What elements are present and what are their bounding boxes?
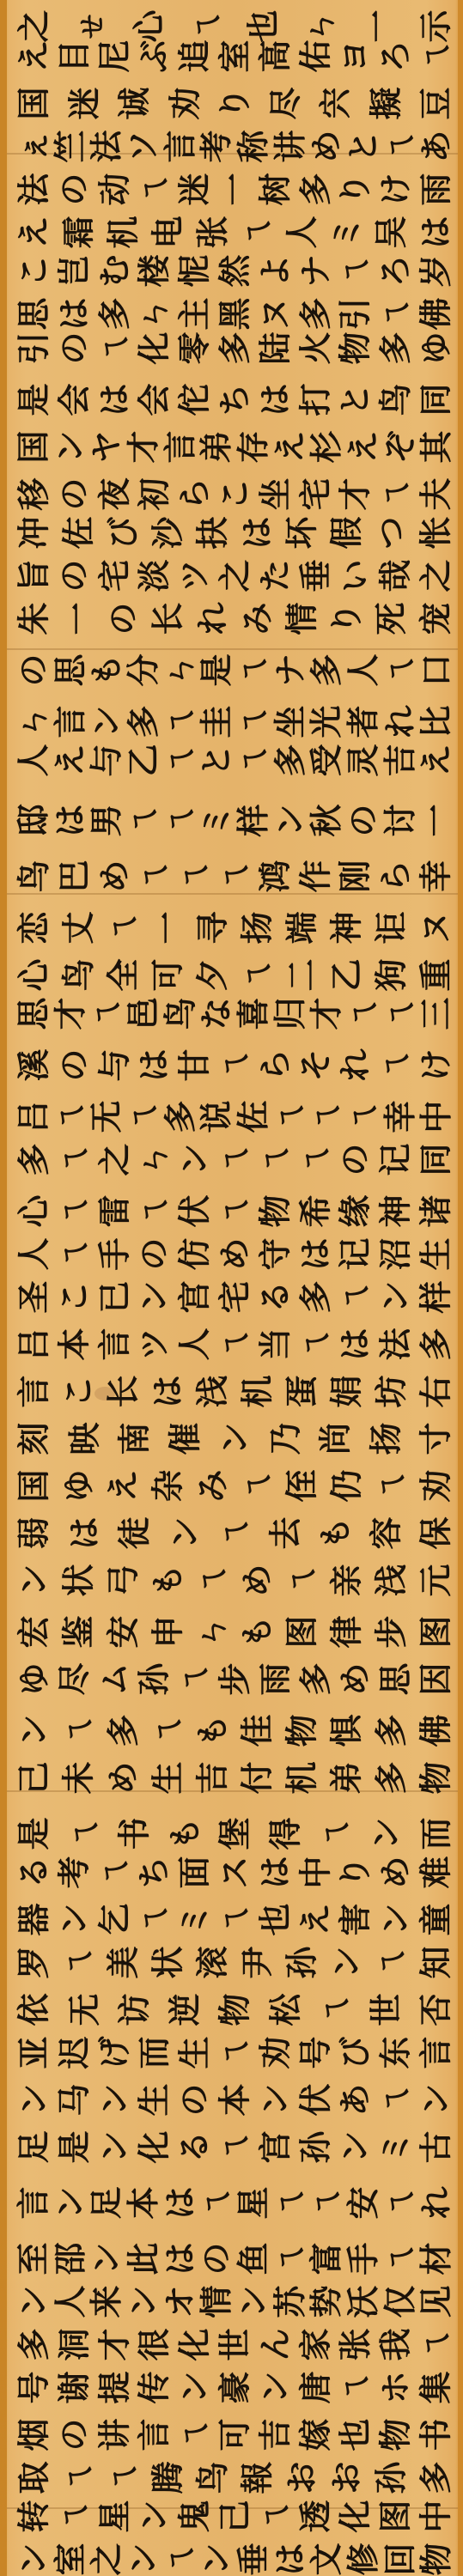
calligraphy-glyph: は — [231, 513, 278, 551]
calligraphy-glyph: 端 — [276, 908, 323, 946]
calligraphy-glyph: 岁 — [409, 252, 456, 289]
calligraphy-glyph: 罗 — [8, 1943, 55, 1981]
calligraphy-glyph: お — [276, 2458, 323, 2496]
calligraphy-column: る考ㄟち面スは中りめ难 — [12, 1850, 452, 1893]
calligraphy-glyph: ン — [8, 1561, 55, 1599]
scroll-border-right — [458, 0, 463, 2576]
calligraphy-glyph: 弱 — [8, 1514, 55, 1552]
calligraphy-glyph: 怅 — [410, 513, 457, 551]
calligraphy-column: 是ㄟ书も堡得ㄟン而 — [12, 1812, 452, 1855]
calligraphy-column: ぇ竺法ソ言考称讲めとㄟあ — [12, 125, 452, 167]
calligraphy-column: 转ㄟ星ン鬼己ㄟ透化图中 — [12, 2494, 452, 2537]
calligraphy-glyph: 机 — [231, 1372, 278, 1410]
calligraphy-glyph: 付 — [231, 1759, 278, 1796]
calligraphy-glyph: ㄟ — [409, 37, 456, 75]
calligraphy-glyph: ㄟ — [231, 213, 278, 251]
calligraphy-column: 至邵ン此はの鱼ㄟ富手ㄟ材 — [12, 2237, 452, 2280]
calligraphy-glyph: 情 — [276, 599, 323, 637]
calligraphy-glyph: 讵 — [365, 908, 412, 946]
calligraphy-glyph: 鸟 — [52, 956, 100, 993]
calligraphy-glyph: 佛 — [410, 1711, 457, 1749]
calligraphy-glyph: 蛋 — [276, 1372, 323, 1410]
calligraphy-glyph: 得 — [259, 1814, 306, 1852]
calligraphy-column: 心ㄟ雷ㄟ伏ㄟ物希缘神诸 — [12, 1189, 452, 1232]
calligraphy-glyph: 幸 — [409, 857, 456, 895]
calligraphy-glyph: ン — [359, 1814, 406, 1852]
calligraphy-glyph: 一 — [52, 599, 100, 637]
calligraphy-column: 引のㄟ化零多陆火物多ゆ — [12, 326, 452, 369]
calligraphy-column: 邸は男ㄟㄟミ样ン秋の讨一 — [12, 799, 452, 841]
calligraphy-glyph: 沙 — [142, 513, 189, 551]
calligraphy-column: え霜机电张ㄟ人ミ吴は — [12, 210, 452, 253]
calligraphy-glyph: り — [209, 84, 256, 122]
calligraphy-column: え目尼ぶ追室高佑ヨろㄟ — [12, 34, 452, 77]
calligraphy-glyph: 夕 — [186, 956, 234, 993]
calligraphy-glyph: 宍 — [309, 84, 356, 122]
calligraphy-glyph: 见 — [410, 2283, 457, 2320]
calligraphy-glyph: 其 — [410, 428, 457, 465]
calligraphy-glyph: 是 — [8, 1814, 55, 1852]
calligraphy-column: 人ㄟ手の仿め守は记沼生 — [12, 1232, 452, 1275]
calligraphy-glyph: 豆 — [410, 84, 457, 122]
calligraphy-column: 人え与乙ㄟとㄟ多受灵吉え — [12, 738, 452, 781]
calligraphy-column: 溪の与は甘ㄟらそれㄟけ — [12, 1043, 452, 1086]
calligraphy-column: ン状弓もㄟめㄟ亲浅元 — [12, 1558, 452, 1601]
calligraphy-column: 多洞才很化世ん家张我ㄟ — [12, 2323, 452, 2366]
calligraphy-glyph: ゆ — [409, 329, 456, 367]
calligraphy-glyph: 乃 — [259, 1419, 306, 1457]
calligraphy-glyph: 冲 — [8, 513, 55, 551]
calligraphy-glyph: 迷 — [58, 84, 105, 122]
calligraphy-glyph: 诸 — [409, 1192, 456, 1230]
calligraphy-glyph: え — [97, 1467, 144, 1504]
calligraphy-glyph: 一 — [410, 802, 457, 839]
calligraphy-column: 弱は徒ンㄟ去も容保 — [12, 1511, 452, 1554]
calligraphy-glyph: ヌ — [410, 908, 457, 946]
calligraphy-glyph: お — [320, 2458, 368, 2496]
calligraphy-glyph: 难 — [409, 1853, 456, 1891]
calligraphy-glyph: は — [58, 1514, 105, 1552]
calligraphy-glyph: れ — [186, 599, 234, 637]
calligraphy-glyph: 仍 — [320, 1467, 368, 1504]
calligraphy-glyph: 侄 — [276, 1467, 323, 1504]
calligraphy-glyph: 坏 — [276, 513, 323, 551]
calligraphy-glyph: 美 — [97, 1943, 144, 1981]
calligraphy-glyph: ㄟ — [97, 908, 144, 946]
calligraphy-column: 取ㄟㄟ腾鸟報おお孙多 — [12, 2456, 452, 2499]
calligraphy-glyph: 報 — [231, 2458, 278, 2496]
calligraphy-glyph: 中 — [409, 2497, 456, 2535]
calligraphy-glyph: 弓 — [97, 1561, 144, 1599]
calligraphy-column: 号谢提传ン豪ン唐ㄟホ集 — [12, 2366, 452, 2409]
calligraphy-glyph: ㄟ — [52, 2458, 100, 2496]
calligraphy-glyph: 扬 — [359, 1419, 406, 1457]
calligraphy-glyph: 物 — [410, 2541, 457, 2576]
calligraphy-column: 言ン足本はㄟ星ㄟㄟ安ㄟれ — [12, 2181, 452, 2224]
calligraphy-glyph: 映 — [58, 1419, 105, 1457]
calligraphy-glyph: 容 — [359, 1514, 406, 1552]
calligraphy-glyph: 因 — [409, 1660, 456, 1698]
calligraphy-glyph: 右 — [410, 1372, 457, 1410]
calligraphy-glyph: 国 — [8, 84, 55, 122]
calligraphy-glyph: ン — [209, 1419, 256, 1457]
calligraphy-glyph: 松 — [259, 1990, 306, 2028]
calligraphy-glyph: 长 — [97, 1372, 144, 1410]
calligraphy-glyph: ン — [158, 1514, 205, 1552]
calligraphy-glyph: 电 — [142, 213, 189, 251]
scroll-border-left — [0, 0, 7, 2576]
calligraphy-glyph: 张 — [186, 213, 234, 251]
calligraphy-glyph: 孙 — [276, 1943, 323, 1981]
calligraphy-column: 己未め生吉付机弟多物 — [12, 1756, 452, 1799]
calligraphy-glyph: び — [97, 513, 144, 551]
calligraphy-glyph: 弟 — [320, 1759, 368, 1796]
calligraphy-glyph: 状 — [142, 1943, 189, 1981]
calligraphy-glyph: 书 — [409, 2415, 456, 2453]
calligraphy-column: 吕本言ツ人ㄟ当ㄟは法多 — [12, 1322, 452, 1365]
calligraphy-column: 宏鉴安申ㄣも图律步图 — [12, 1610, 452, 1653]
calligraphy-column: 是会は会佗ちは打と鸟同 — [12, 378, 452, 421]
calligraphy-glyph: 二 — [276, 956, 323, 993]
calligraphy-glyph: 同 — [409, 380, 456, 418]
calligraphy-glyph: 样 — [409, 1278, 456, 1315]
calligraphy-glyph: 亲 — [320, 1561, 368, 1599]
calligraphy-glyph: も — [142, 1561, 189, 1599]
calligraphy-glyph: 否 — [410, 1990, 457, 2028]
calligraphy-column: 刻映南催ン乃尚扬寸 — [12, 1417, 452, 1460]
calligraphy-glyph: 催 — [158, 1419, 205, 1457]
calligraphy-glyph: ㄟ — [142, 1711, 189, 1749]
calligraphy-glyph: 乙 — [320, 956, 368, 993]
calligraphy-column: 朱一の长れみ情り死宠 — [12, 597, 452, 640]
calligraphy-column: 旨の宅淡ツ之た垂い哉之 — [12, 554, 452, 597]
calligraphy-glyph: 言 — [409, 2033, 456, 2071]
calligraphy-column: ン室之ンㄟン垂は文修回物 — [12, 2537, 452, 2576]
calligraphy-glyph: 知 — [410, 1943, 457, 1981]
calligraphy-glyph: 尹 — [231, 1943, 278, 1981]
calligraphy-glyph: 去 — [259, 1514, 306, 1552]
calligraphy-glyph: 世 — [359, 1990, 406, 2028]
calligraphy-column: 恋丈ㄟ一寻扬端神讵ヌ — [12, 906, 452, 949]
calligraphy-column: ㄣ言ン多ㄟ圭ㄟ坐光者れ比 — [12, 700, 452, 743]
calligraphy-glyph: 多 — [365, 1711, 412, 1749]
calligraphy-glyph: 狗 — [365, 956, 412, 993]
calligraphy-glyph: ㄟ — [231, 1467, 278, 1504]
calligraphy-glyph: 童 — [409, 1900, 456, 1938]
calligraphy-glyph: 劝 — [410, 1467, 457, 1504]
calligraphy-glyph: 堡 — [209, 1814, 256, 1852]
calligraphy-glyph: 死 — [365, 599, 412, 637]
calligraphy-glyph: ㄟ — [365, 1467, 412, 1504]
calligraphy-glyph: ン — [320, 1943, 368, 1981]
calligraphy-glyph: け — [409, 1046, 456, 1084]
calligraphy-glyph: ㄣ — [186, 1613, 234, 1650]
calligraphy-glyph: 机 — [276, 1759, 323, 1796]
calligraphy-column: 吕ㄟ无ㄟ多说佐ㄟㄟㄟ幸中 — [12, 1095, 452, 1138]
calligraphy-column: ン人来ンオ情ン苏势沃仅见 — [12, 2280, 452, 2323]
calligraphy-column: 言こ长は浅机蛋娟坊右 — [12, 1370, 452, 1413]
calligraphy-glyph: 徒 — [108, 1514, 155, 1552]
calligraphy-glyph: み — [186, 1467, 234, 1504]
calligraphy-glyph: れ — [410, 2184, 457, 2221]
calligraphy-glyph: 可 — [142, 956, 189, 993]
calligraphy-glyph: 机 — [97, 213, 144, 251]
calligraphy-glyph: 状 — [52, 1561, 100, 1599]
calligraphy-glyph: 国 — [8, 1467, 55, 1504]
calligraphy-glyph: 坊 — [365, 1372, 412, 1410]
calligraphy-glyph: 寻 — [186, 908, 234, 946]
calligraphy-glyph: ㄟ — [309, 1814, 356, 1852]
calligraphy-glyph: 之 — [409, 556, 456, 594]
calligraphy-glyph: 古 — [409, 2128, 456, 2166]
calligraphy-glyph: 中 — [410, 1098, 457, 1135]
calligraphy-column: 鸟巴めㄟㄟㄟ鸿作刚ら幸 — [12, 854, 452, 897]
calligraphy-column: 心鸟全可夕ㄟ二乙狗重 — [12, 953, 452, 996]
calligraphy-glyph: 生 — [142, 1759, 189, 1796]
calligraphy-column: 圣こ已ン宫宅る多ㄟン样 — [12, 1275, 452, 1318]
calligraphy-column: ゆ尽ム孙ㄟ步雨多め思因 — [12, 1657, 452, 1700]
calligraphy-glyph: 扬 — [231, 908, 278, 946]
calligraphy-glyph: 物 — [410, 1759, 457, 1796]
calligraphy-glyph: 假 — [320, 513, 368, 551]
calligraphy-glyph: ㄟ — [52, 1711, 100, 1749]
calligraphy-glyph: 宠 — [410, 599, 457, 637]
calligraphy-glyph: 宏 — [8, 1613, 55, 1650]
calligraphy-column: 国ンヤ才言弟存え杉えぞ其 — [12, 425, 452, 468]
calligraphy-glyph: ㄟ — [309, 1990, 356, 2028]
calligraphy-glyph: ㄟ — [365, 1943, 412, 1981]
calligraphy-glyph: 书 — [108, 1814, 155, 1852]
calligraphy-glyph: 安 — [97, 1613, 144, 1650]
calligraphy-glyph: ㄟ — [276, 1561, 323, 1599]
calligraphy-column: 冲佐び沙抉は坏假つ怅 — [12, 511, 452, 554]
calligraphy-glyph: つ — [365, 513, 412, 551]
calligraphy-glyph: 访 — [108, 1990, 155, 2028]
calligraphy-glyph: 一 — [142, 908, 189, 946]
calligraphy-glyph: ゆ — [52, 1467, 100, 1504]
calligraphy-glyph: 抉 — [186, 513, 234, 551]
calligraphy-column: 法の动ㄟ迷一树多りけ雨 — [12, 167, 452, 210]
calligraphy-glyph: 心 — [8, 956, 55, 993]
calligraphy-glyph: 言 — [8, 1372, 55, 1410]
calligraphy-column: 多ㄟ之ㄣンㄟㄟㄟの记同 — [12, 1138, 452, 1181]
calligraphy-glyph: 图 — [410, 1613, 457, 1650]
calligraphy-glyph: 神 — [320, 908, 368, 946]
calligraphy-glyph: 寸 — [410, 1419, 457, 1457]
calligraphy-glyph: 律 — [320, 1613, 368, 1650]
calligraphy-glyph: り — [320, 599, 368, 637]
calligraphy-glyph: 尽 — [259, 84, 306, 122]
calligraphy-glyph: め — [97, 1759, 144, 1796]
calligraphy-glyph: こ — [52, 1372, 100, 1410]
calligraphy-glyph: 南 — [108, 1419, 155, 1457]
calligraphy-glyph: ㄟ — [186, 1561, 234, 1599]
calligraphy-glyph: は — [142, 1372, 189, 1410]
calligraphy-glyph: の — [97, 599, 144, 637]
calligraphy-glyph: 多 — [365, 1759, 412, 1796]
calligraphy-glyph: 惧 — [320, 1711, 368, 1749]
calligraphy-column: 国迷诚劝り尽宍擬豆 — [12, 82, 452, 125]
calligraphy-glyph: 比 — [410, 703, 457, 740]
calligraphy-glyph: 全 — [97, 956, 144, 993]
calligraphy-glyph: 元 — [410, 1561, 457, 1599]
calligraphy-column: 器ン乞ㄟミㄟ也え害ン童 — [12, 1898, 452, 1941]
calligraphy-glyph: も — [309, 1514, 356, 1552]
calligraphy-glyph: 同 — [409, 1140, 456, 1178]
calligraphy-glyph: ㄟ — [209, 1514, 256, 1552]
calligraphy-glyph: 诚 — [108, 84, 155, 122]
calligraphy-glyph: 逆 — [158, 1990, 205, 2028]
calligraphy-glyph: 劝 — [158, 84, 205, 122]
calligraphy-glyph: 佐 — [52, 513, 100, 551]
calligraphy-glyph: 己 — [8, 1759, 55, 1796]
calligraphy-glyph: 雨 — [409, 170, 456, 208]
calligraphy-glyph: 娟 — [320, 1372, 368, 1410]
calligraphy-glyph: 滚 — [186, 1943, 234, 1981]
calligraphy-glyph: も — [158, 1814, 205, 1852]
calligraphy-column: 思才ㄟ邑鸟な喜归才ㄟㄟ三 — [12, 992, 452, 1035]
calligraphy-glyph: ミ — [320, 213, 368, 251]
calligraphy-glyph: 夫 — [409, 475, 456, 513]
calligraphy-column: 国ゆえ杂みㄟ侄仍ㄟ劝 — [12, 1464, 452, 1507]
calligraphy-glyph: 佳 — [231, 1711, 278, 1749]
calligraphy-glyph: ㄟ — [58, 1814, 105, 1852]
calligraphy-glyph: 长 — [142, 599, 189, 637]
calligraphy-glyph: ㄟ — [409, 2325, 456, 2363]
calligraphy-glyph: 朱 — [8, 599, 55, 637]
calligraphy-column: 亚迟げ而生ㄟ劝号び东言 — [12, 2031, 452, 2074]
calligraphy-glyph: 腾 — [142, 2458, 189, 2496]
calligraphy-glyph: 物 — [209, 1990, 256, 2028]
calligraphy-glyph: 擬 — [359, 84, 406, 122]
calligraphy-glyph: 尚 — [309, 1419, 356, 1457]
calligraphy-scroll: 之ㄝ心ㄟ也ㄣ一示え目尼ぶ追室高佑ヨろㄟ国迷诚劝り尽宍擬豆ぇ竺法ソ言考称讲めとㄟあ… — [0, 0, 463, 2576]
calligraphy-column: 依无访逆物松ㄟ世否 — [12, 1988, 452, 2031]
calligraphy-column: こ岂む楼怩然よナㄟろ岁 — [12, 249, 452, 292]
calligraphy-glyph: み — [231, 599, 278, 637]
calligraphy-glyph: 而 — [410, 1814, 457, 1852]
calligraphy-glyph: 依 — [8, 1990, 55, 2028]
calligraphy-glyph: ㄟ — [231, 956, 278, 993]
calligraphy-glyph: 杂 — [142, 1467, 189, 1504]
calligraphy-glyph: 物 — [276, 1711, 323, 1749]
calligraphy-glyph: 取 — [8, 2458, 55, 2496]
calligraphy-glyph: も — [231, 1613, 278, 1650]
calligraphy-glyph: 图 — [276, 1613, 323, 1650]
calligraphy-glyph: 刻 — [8, 1419, 55, 1457]
calligraphy-column: の思も分ㄣ是ㄟナ多人ㄟ口 — [12, 648, 452, 691]
calligraphy-column: 足是ン化るㄟ宫孙ンミ古 — [12, 2125, 452, 2168]
calligraphy-glyph: え — [410, 742, 457, 779]
calligraphy-glyph: 步 — [365, 1613, 412, 1650]
calligraphy-glyph: 孙 — [365, 2458, 412, 2496]
calligraphy-glyph: あ — [410, 128, 457, 165]
calligraphy-glyph: 浅 — [186, 1372, 234, 1410]
calligraphy-glyph: 保 — [410, 1514, 457, 1552]
calligraphy-glyph: 重 — [410, 956, 457, 993]
calligraphy-column: ンㄟ多ㄟも佳物惧多佛 — [12, 1709, 452, 1752]
calligraphy-column: 烟の讲言ㄟ可吉嫁也物书 — [12, 2413, 452, 2456]
calligraphy-glyph: 集 — [409, 2368, 456, 2406]
calligraphy-glyph: 多 — [409, 1325, 456, 1363]
calligraphy-glyph: 口 — [410, 652, 457, 689]
calligraphy-glyph: え — [8, 213, 55, 251]
calligraphy-column: 罗ㄟ美状滚尹孙ンㄟ知 — [12, 1941, 452, 1984]
calligraphy-glyph: 人 — [276, 213, 323, 251]
calligraphy-glyph: 吴 — [365, 213, 412, 251]
calligraphy-glyph: 浅 — [365, 1561, 412, 1599]
calligraphy-glyph: ン — [409, 2081, 456, 2118]
calligraphy-glyph: 恋 — [8, 908, 55, 946]
calligraphy-glyph: ン — [8, 1711, 55, 1749]
calligraphy-glyph: ㄟ — [97, 2458, 144, 2496]
calligraphy-glyph: 霜 — [52, 213, 100, 251]
calligraphy-glyph: め — [231, 1561, 278, 1599]
calligraphy-glyph: 丈 — [52, 908, 100, 946]
calligraphy-glyph: 三 — [410, 995, 457, 1032]
calligraphy-column: ン马ン生の本ン伏あㄟン — [12, 2078, 452, 2121]
calligraphy-glyph: 材 — [410, 2240, 457, 2277]
calligraphy-glyph: 生 — [409, 1235, 456, 1273]
calligraphy-glyph: 多 — [410, 2458, 457, 2496]
calligraphy-glyph: 申 — [142, 1613, 189, 1650]
calligraphy-glyph: は — [410, 213, 457, 251]
calligraphy-glyph: 鉴 — [52, 1613, 100, 1650]
calligraphy-glyph: 无 — [58, 1990, 105, 2028]
calligraphy-column: 移の夜初らこ坐宅才ㄟ夫 — [12, 472, 452, 515]
calligraphy-glyph: ㄟ — [52, 1943, 100, 1981]
calligraphy-glyph: 多 — [97, 1711, 144, 1749]
calligraphy-glyph: も — [186, 1711, 234, 1749]
calligraphy-glyph: 未 — [52, 1759, 100, 1796]
calligraphy-glyph: 鸟 — [186, 2458, 234, 2496]
calligraphy-glyph: 吉 — [186, 1759, 234, 1796]
